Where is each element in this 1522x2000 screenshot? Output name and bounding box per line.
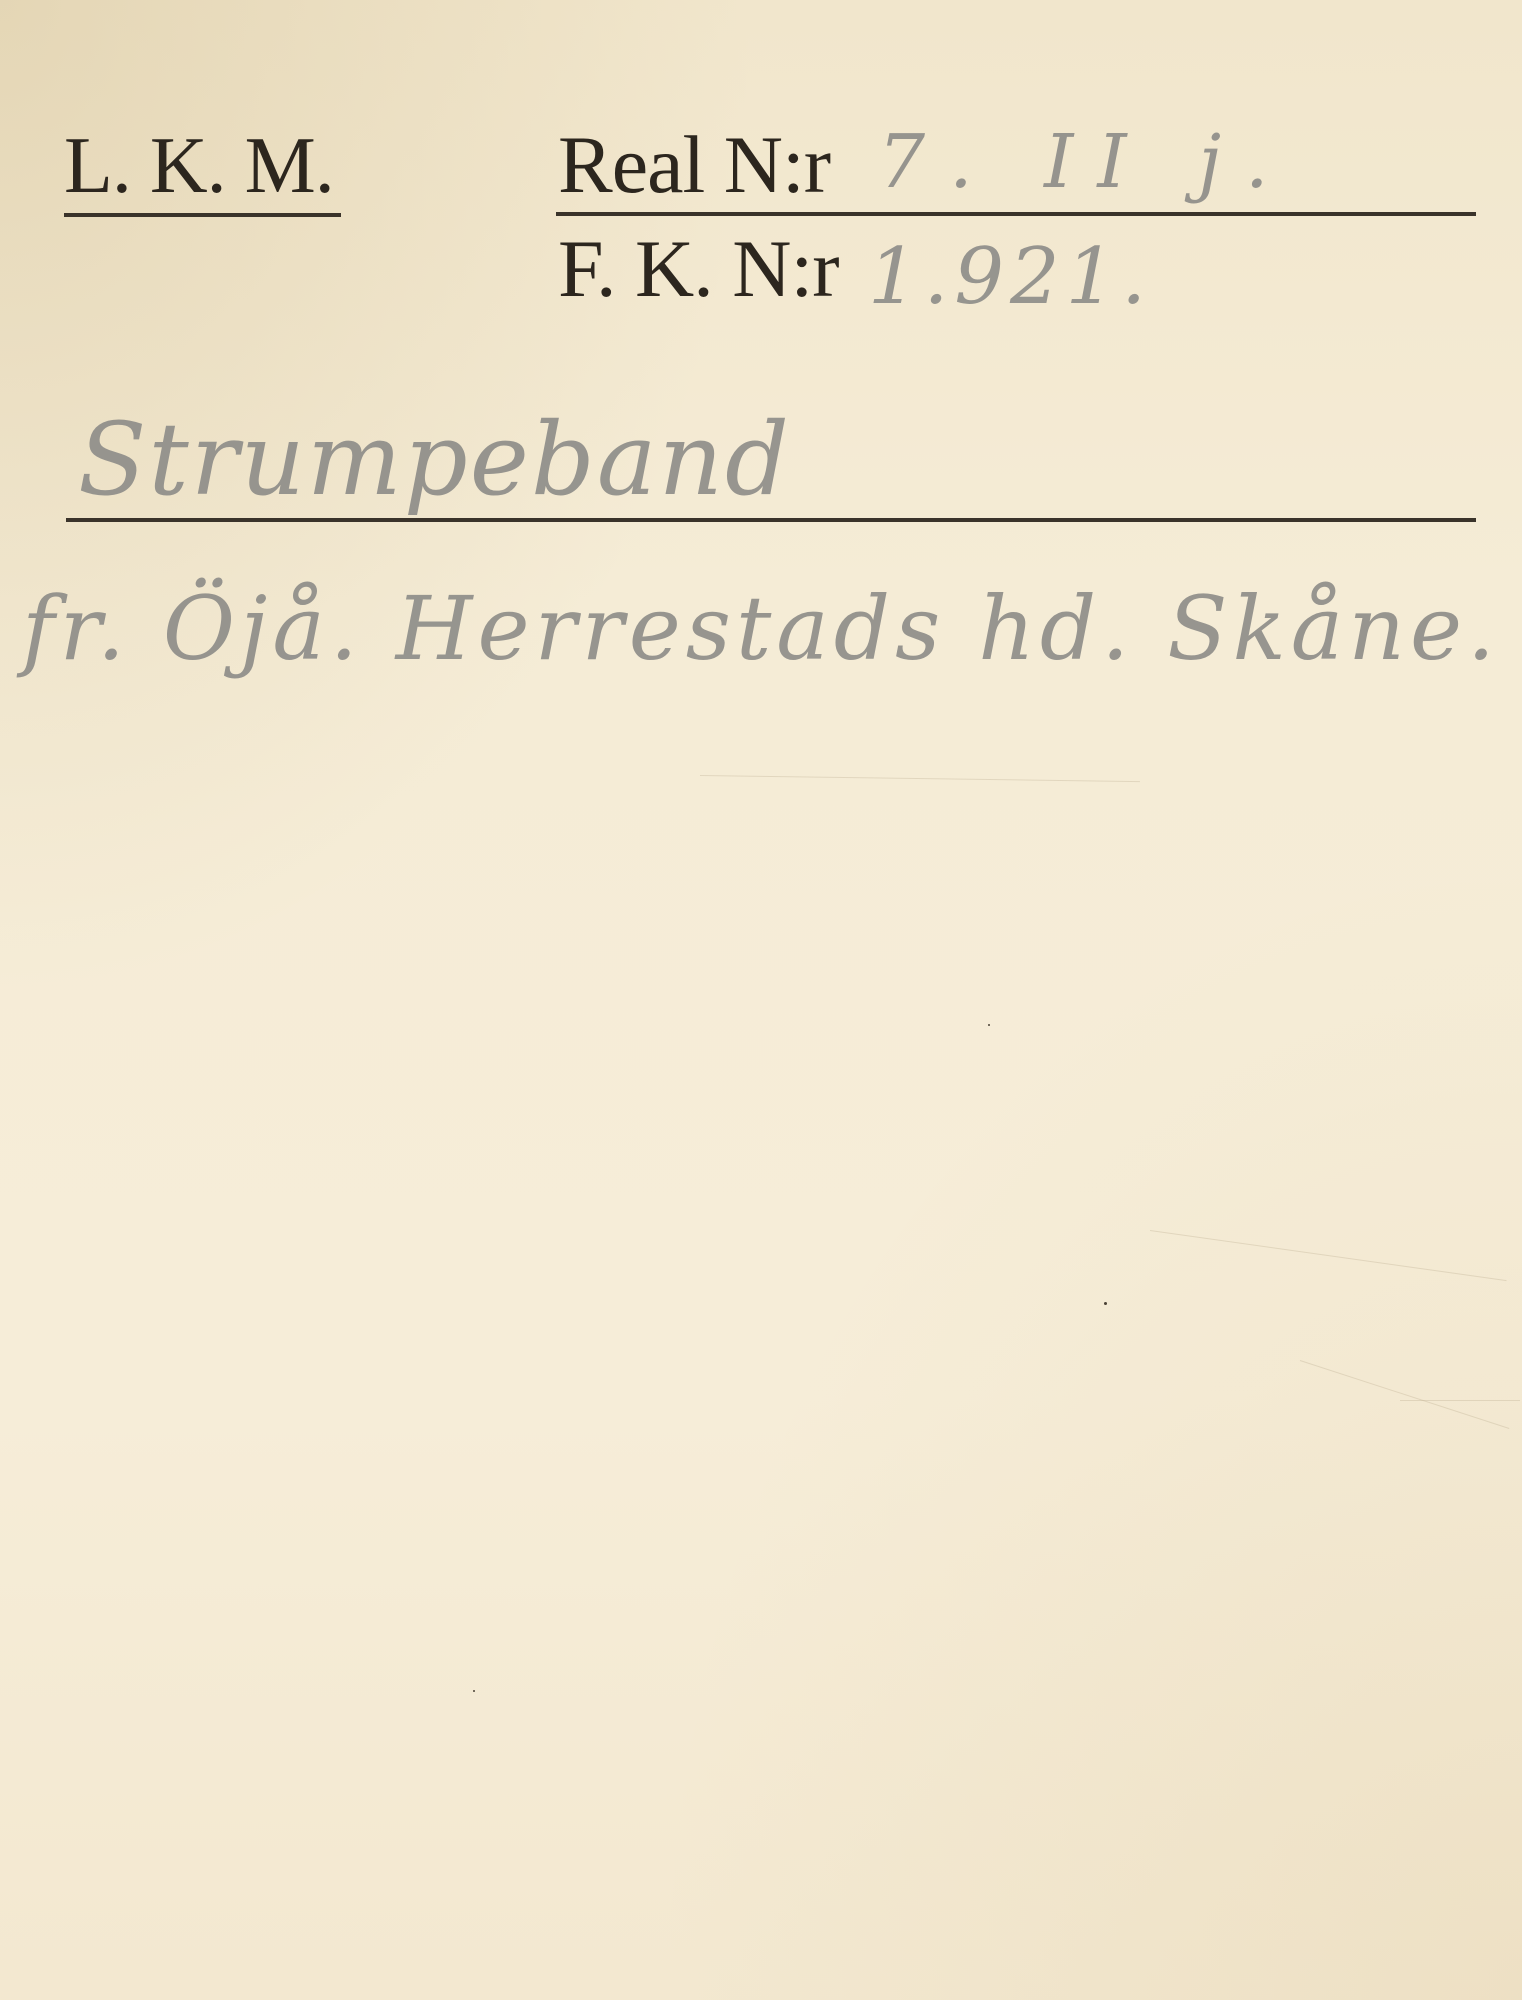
institution-abbrev: L. K. M. <box>64 126 334 206</box>
paper-crease <box>1300 1360 1510 1429</box>
paper-speck <box>1104 1302 1107 1305</box>
object-name-rule <box>66 518 1476 522</box>
paper-crease <box>700 775 1140 782</box>
paper-crease <box>1400 1400 1520 1401</box>
paper-speck <box>988 1024 990 1026</box>
paper-crease <box>1150 1230 1507 1281</box>
provenance-text: fr. Öjå. Herrestads hd. Skåne. <box>22 585 1500 673</box>
paper-speck <box>473 1690 475 1692</box>
real-number-label: Real N:r <box>558 124 830 206</box>
fk-number-value: 1.921. <box>868 238 1152 316</box>
object-name: Strumpeband <box>78 410 791 510</box>
real-number-value: 7. II j. <box>878 125 1293 199</box>
institution-underline <box>64 213 341 217</box>
fk-number-label: F. K. N:r <box>558 228 839 310</box>
real-number-rule <box>556 212 1476 216</box>
